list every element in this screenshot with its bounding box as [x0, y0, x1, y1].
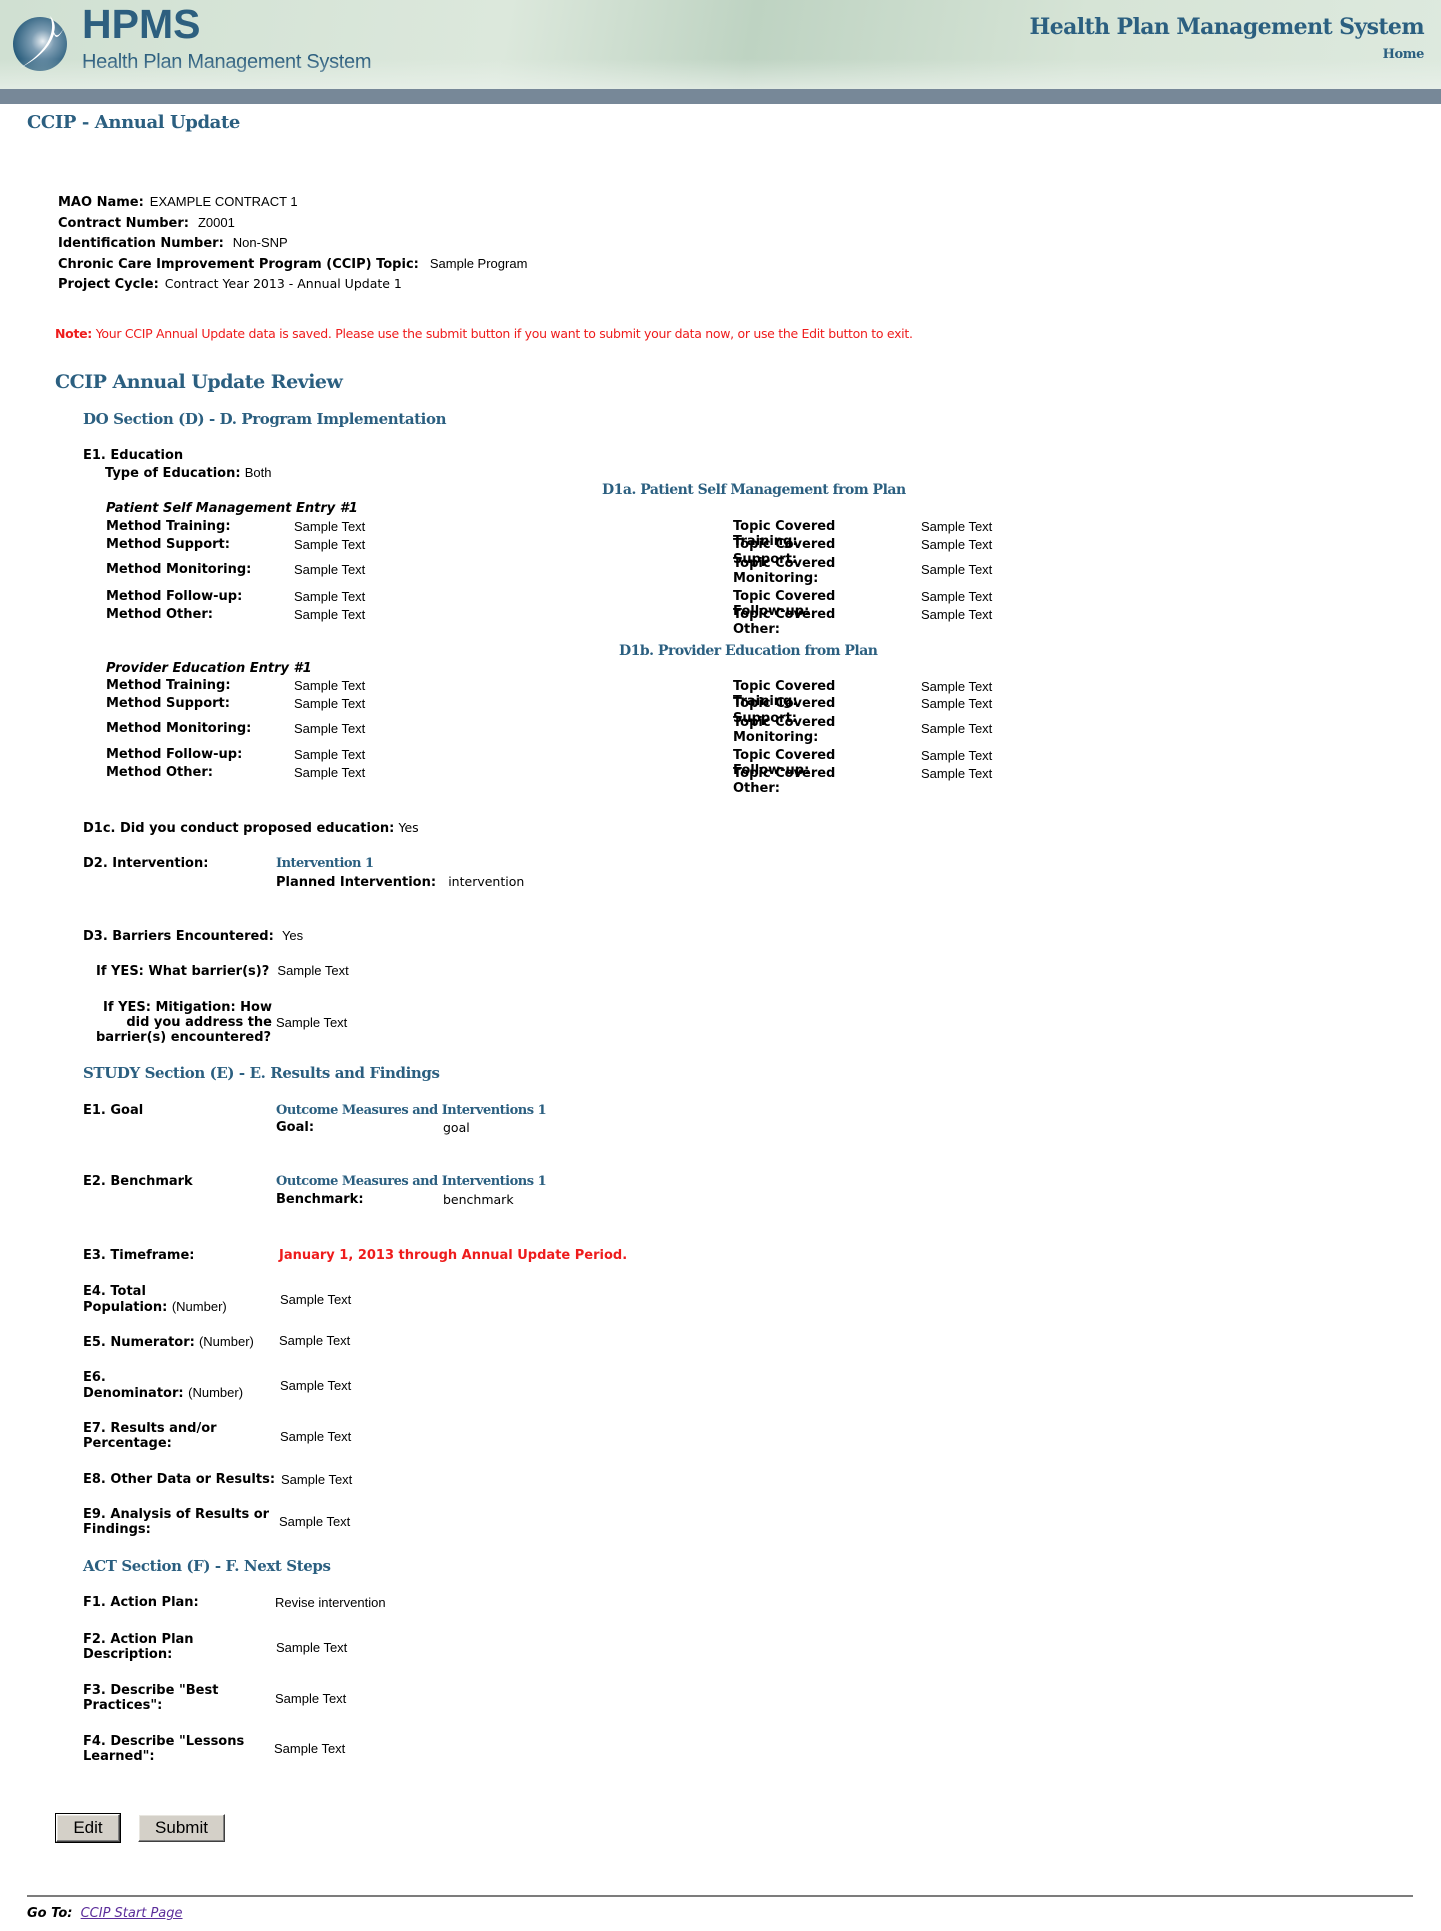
- globe-swoosh-icon: [10, 12, 70, 72]
- e6-label-line2: Denominator:: [83, 1386, 184, 1401]
- f4-label-line1: F4. Describe "Lessons: [83, 1734, 244, 1749]
- topic-row-value: Sample Text: [921, 537, 992, 552]
- footer-goto: Go To: CCIP Start Page: [27, 1906, 183, 1921]
- info-label: MAO Name:: [58, 195, 144, 210]
- e4-label: E4. Total Population: (Number): [83, 1284, 227, 1315]
- method-row-label: Method Monitoring:: [106, 562, 286, 577]
- d1a-title: D1a. Patient Self Management from Plan: [602, 482, 906, 498]
- mitigation-label-line1: If YES: Mitigation: How: [96, 1000, 272, 1015]
- info-value: Contract Year 2013 - Annual Update 1: [165, 276, 402, 291]
- e7-label-line2: Percentage:: [83, 1436, 217, 1451]
- e1-goal-label: E1. Goal: [83, 1103, 143, 1118]
- d1b-title: D1b. Provider Education from Plan: [619, 643, 878, 659]
- method-row-label: Method Follow-up:: [106, 589, 286, 604]
- method-row-label: Method Support:: [106, 537, 286, 552]
- method-row-value: Sample Text: [294, 696, 365, 711]
- d3-row: D3. Barriers Encountered: Yes: [83, 928, 303, 944]
- topic-row-value: Sample Text: [921, 519, 992, 534]
- f3-label-line2: Practices":: [83, 1698, 218, 1713]
- goal-heading: Outcome Measures and Interventions 1: [276, 1103, 546, 1118]
- info-value: Non-SNP: [233, 235, 288, 250]
- e4-label-line2: Population:: [83, 1300, 167, 1315]
- e6-label-line1: E6.: [83, 1370, 243, 1385]
- e9-label: E9. Analysis of Results or Findings:: [83, 1507, 269, 1537]
- do-section-title: DO Section (D) - D. Program Implementati…: [83, 410, 446, 428]
- e3-label: E3. Timeframe:: [83, 1248, 194, 1263]
- mitigation-label-line3: barrier(s) encountered?: [96, 1030, 272, 1045]
- ccip-start-page-link[interactable]: CCIP Start Page: [81, 1906, 183, 1921]
- d3-label: D3. Barriers Encountered:: [83, 929, 274, 944]
- timeframe-value: January 1, 2013 through Annual Update Pe…: [279, 1248, 627, 1263]
- act-section-title: ACT Section (F) - F. Next Steps: [83, 1557, 331, 1575]
- method-row-value: Sample Text: [294, 589, 365, 604]
- info-mao-name: MAO Name:EXAMPLE CONTRACT 1: [58, 194, 298, 210]
- topic-row-value: Sample Text: [921, 589, 992, 604]
- f1-value: Revise intervention: [275, 1595, 386, 1610]
- footer-divider: [27, 1895, 1413, 1897]
- method-row-label: Method Training:: [106, 519, 286, 534]
- e4-value: Sample Text: [280, 1292, 351, 1307]
- e9-value: Sample Text: [279, 1514, 350, 1529]
- mitigation-value: Sample Text: [276, 1015, 347, 1030]
- submit-button[interactable]: Submit: [138, 1814, 225, 1842]
- e4-label-line1: E4. Total: [83, 1284, 227, 1299]
- type-of-education: Type of Education: Both: [105, 465, 271, 481]
- save-note: Note: Your CCIP Annual Update data is sa…: [55, 326, 913, 341]
- topic-row-value: Sample Text: [921, 696, 992, 711]
- e5-value: Sample Text: [279, 1333, 350, 1348]
- edit-button[interactable]: Edit: [56, 1814, 120, 1842]
- home-link[interactable]: Home: [1383, 47, 1424, 62]
- goal-sub-label: Goal:: [276, 1120, 314, 1135]
- barriers-value: Sample Text: [277, 963, 348, 978]
- f2-label: F2. Action Plan Description:: [83, 1632, 194, 1662]
- f4-label-line2: Learned":: [83, 1749, 244, 1764]
- info-label: Contract Number:: [58, 216, 189, 231]
- type-of-education-value: Both: [245, 465, 272, 480]
- topic-row-value: Sample Text: [921, 562, 992, 577]
- topic-row-label: Topic Covered Monitoring:: [733, 556, 883, 586]
- method-row-label: Method Training:: [106, 678, 286, 693]
- page-title: CCIP - Annual Update: [27, 112, 240, 133]
- benchmark-value: benchmark: [443, 1192, 514, 1207]
- f4-value: Sample Text: [274, 1741, 345, 1756]
- e8-label: E8. Other Data or Results:: [83, 1472, 275, 1487]
- planned-intervention-label: Planned Intervention:: [276, 875, 436, 890]
- header-bar: [0, 89, 1441, 104]
- method-row-label: Method Follow-up:: [106, 747, 286, 762]
- mitigation-label: If YES: Mitigation: How did you address …: [96, 1000, 272, 1045]
- info-ccip-topic: Chronic Care Improvement Program (CCIP) …: [58, 256, 527, 272]
- note-label: Note:: [55, 326, 92, 341]
- e5-label: E5. Numerator:: [83, 1335, 195, 1350]
- method-row-value: Sample Text: [294, 519, 365, 534]
- topic-row-value: Sample Text: [921, 607, 992, 622]
- e6-hint: (Number): [188, 1385, 243, 1400]
- info-value: Z0001: [198, 215, 235, 230]
- f3-value: Sample Text: [275, 1691, 346, 1706]
- info-identification-number: Identification Number:Non-SNP: [58, 235, 288, 251]
- barriers-label: If YES: What barrier(s)?: [96, 964, 269, 979]
- logo-abbrev: HPMS: [82, 4, 200, 45]
- d2-label: D2. Intervention:: [83, 856, 208, 871]
- e5-hint: (Number): [199, 1334, 254, 1349]
- method-row-value: Sample Text: [294, 607, 365, 622]
- e9-label-line2: Findings:: [83, 1522, 269, 1537]
- logo-subtitle: Health Plan Management System: [82, 52, 371, 72]
- planned-intervention: Planned Intervention: intervention: [276, 874, 524, 890]
- site-header: HPMS Health Plan Management System Healt…: [0, 0, 1441, 89]
- planned-intervention-value: intervention: [448, 874, 524, 889]
- e2-benchmark-label: E2. Benchmark: [83, 1174, 193, 1189]
- e4-hint: (Number): [172, 1299, 227, 1314]
- mitigation-label-line2: did you address the: [96, 1015, 272, 1030]
- info-contract-number: Contract Number:Z0001: [58, 215, 235, 231]
- e7-label-line1: E7. Results and/or: [83, 1421, 217, 1436]
- e7-value: Sample Text: [280, 1429, 351, 1444]
- f2-label-line1: F2. Action Plan: [83, 1632, 194, 1647]
- f3-label-line1: F3. Describe "Best: [83, 1683, 218, 1698]
- e5-row: E5. Numerator: (Number): [83, 1334, 254, 1350]
- topic-row-label: Topic Covered Other:: [733, 607, 883, 637]
- method-row-value: Sample Text: [294, 537, 365, 552]
- f4-label: F4. Describe "Lessons Learned":: [83, 1734, 244, 1764]
- e9-label-line1: E9. Analysis of Results or: [83, 1507, 269, 1522]
- review-title: CCIP Annual Update Review: [55, 371, 342, 393]
- benchmark-heading: Outcome Measures and Interventions 1: [276, 1174, 546, 1189]
- d1c-value: Yes: [399, 820, 419, 835]
- e8-value: Sample Text: [281, 1472, 352, 1487]
- barriers-row: If YES: What barrier(s)? Sample Text: [96, 963, 349, 979]
- info-value: Sample Program: [430, 256, 528, 271]
- e1-education-label: E1. Education: [83, 448, 183, 463]
- method-row-value: Sample Text: [294, 765, 365, 780]
- topic-row-value: Sample Text: [921, 748, 992, 763]
- intervention-heading: Intervention 1: [276, 856, 374, 871]
- provider-entry-title: Provider Education Entry #1: [106, 661, 312, 676]
- method-row-value: Sample Text: [294, 721, 365, 736]
- d1c-row: D1c. Did you conduct proposed education:…: [83, 820, 419, 836]
- method-row-value: Sample Text: [294, 562, 365, 577]
- topic-row-value: Sample Text: [921, 766, 992, 781]
- method-row-label: Method Other:: [106, 765, 286, 780]
- info-label: Chronic Care Improvement Program (CCIP) …: [58, 257, 419, 272]
- goto-label: Go To:: [27, 1906, 72, 1921]
- topic-row-value: Sample Text: [921, 679, 992, 694]
- method-row-label: Method Other:: [106, 607, 286, 622]
- header-title: Health Plan Management System: [1030, 16, 1424, 38]
- info-value: EXAMPLE CONTRACT 1: [150, 194, 298, 209]
- topic-row-label: Topic Covered Other:: [733, 766, 883, 796]
- info-project-cycle: Project Cycle:Contract Year 2013 - Annua…: [58, 276, 402, 292]
- f2-label-line2: Description:: [83, 1647, 194, 1662]
- e6-value: Sample Text: [280, 1378, 351, 1393]
- method-row-label: Method Support:: [106, 696, 286, 711]
- method-row-value: Sample Text: [294, 747, 365, 762]
- benchmark-sub-label: Benchmark:: [276, 1192, 364, 1207]
- e7-label: E7. Results and/or Percentage:: [83, 1421, 217, 1451]
- note-text: Your CCIP Annual Update data is saved. P…: [96, 326, 913, 341]
- d1c-label: D1c. Did you conduct proposed education:: [83, 821, 394, 836]
- method-row-value: Sample Text: [294, 678, 365, 693]
- patient-entry-title: Patient Self Management Entry #1: [106, 501, 358, 516]
- f2-value: Sample Text: [276, 1640, 347, 1655]
- e6-label: E6. Denominator: (Number): [83, 1370, 243, 1401]
- f3-label: F3. Describe "Best Practices":: [83, 1683, 218, 1713]
- f1-label: F1. Action Plan:: [83, 1595, 199, 1610]
- goal-value: goal: [443, 1120, 470, 1135]
- type-of-education-label: Type of Education:: [105, 466, 241, 481]
- topic-row-label: Topic Covered Monitoring:: [733, 715, 883, 745]
- study-section-title: STUDY Section (E) - E. Results and Findi…: [83, 1064, 440, 1082]
- topic-row-value: Sample Text: [921, 721, 992, 736]
- method-row-label: Method Monitoring:: [106, 721, 286, 736]
- d3-value: Yes: [282, 928, 303, 943]
- info-label: Identification Number:: [58, 236, 224, 251]
- info-label: Project Cycle:: [58, 277, 159, 292]
